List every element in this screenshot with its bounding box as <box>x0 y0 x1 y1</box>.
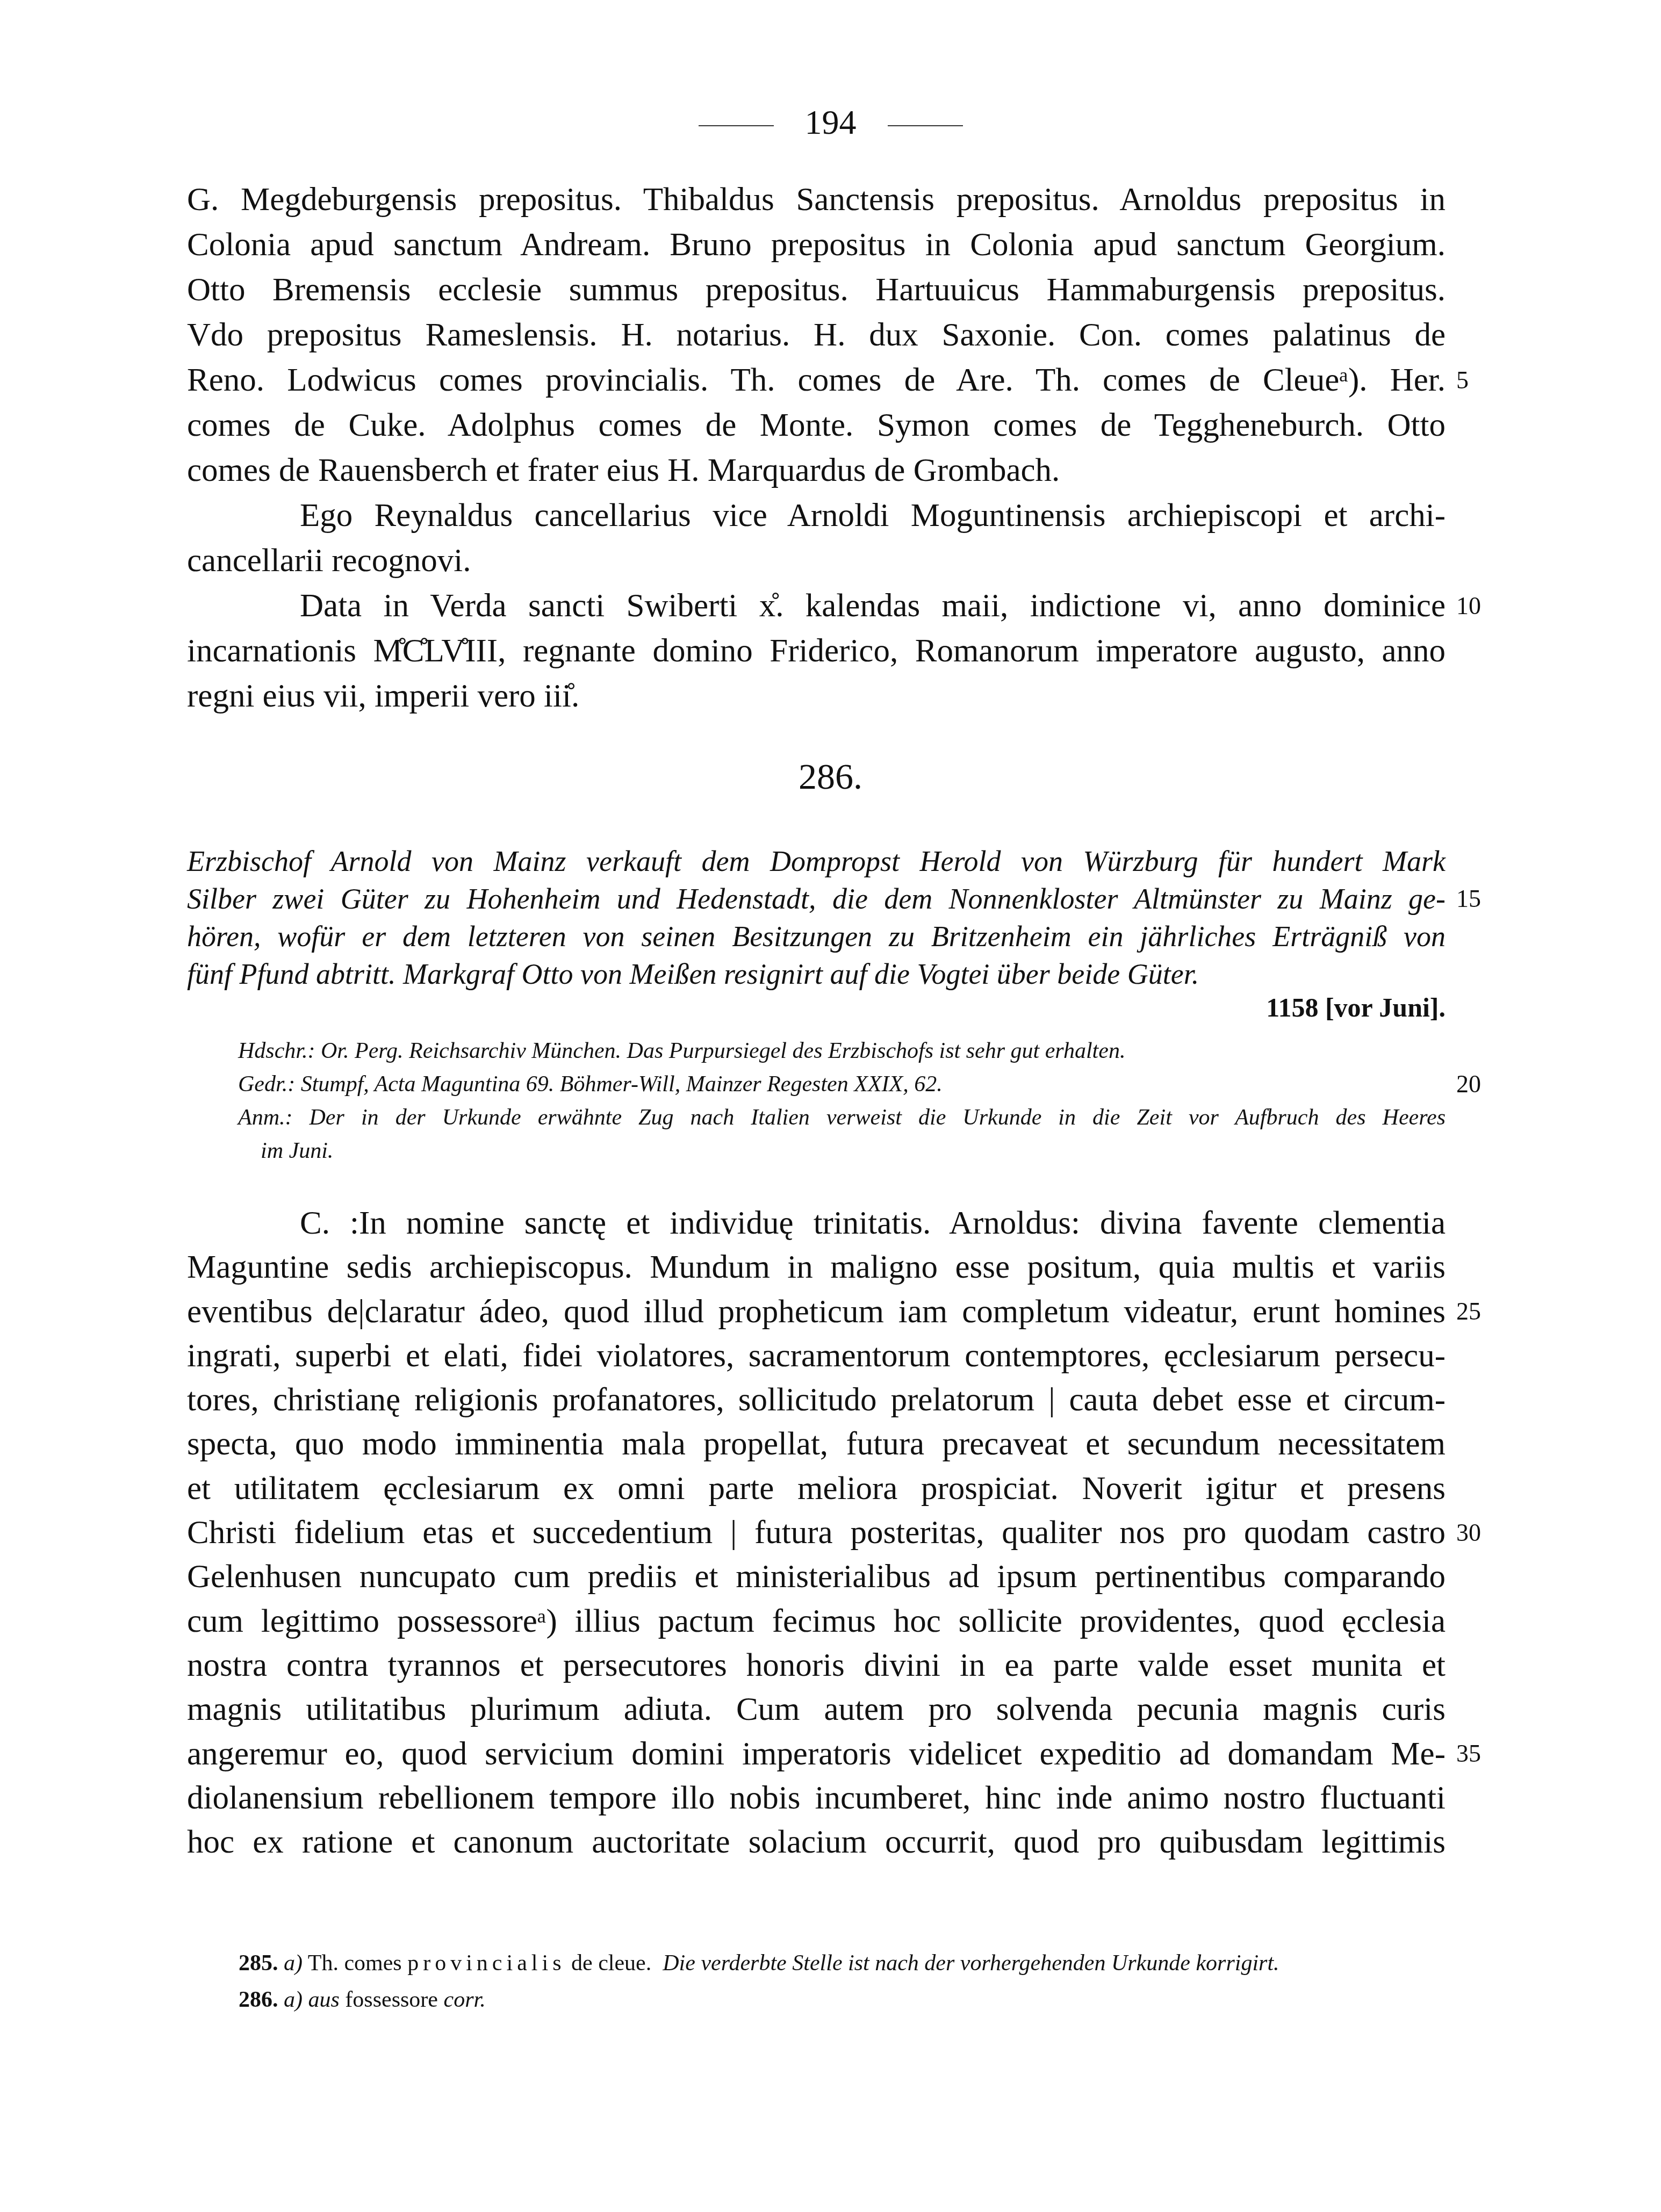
text-line: angeremur eo, quod servicium domini impe… <box>187 1732 1446 1776</box>
running-head: 194 <box>0 101 1661 144</box>
text-line: Reno. Lodwicus comes provincialis. Th. c… <box>187 358 1446 403</box>
apparatus-note-cont: im Juni. <box>238 1134 1446 1168</box>
text-line: cancellarii recognovi. <box>187 538 1446 583</box>
text-line: tores, christianę religionis profanatore… <box>187 1378 1446 1422</box>
dating-line: incarnationis M̊C̊LV̊III, regnante domin… <box>187 629 1446 674</box>
document-date: 1158 [vor Juni]. <box>1266 989 1446 1026</box>
regest-line: Silber zwei Güter zu Hohenheim und Heden… <box>187 880 1446 918</box>
text-line: Gelenhusen nuncupato cum prediis et mini… <box>187 1555 1446 1599</box>
text-line: specta, quo modo imminentia mala propell… <box>187 1422 1446 1466</box>
text-line: hoc ex ratione et canonum auctoritate so… <box>187 1820 1446 1864</box>
dating-line: Data in Verda sancti Swiberti x̊. kalend… <box>187 583 1446 629</box>
text-line: G. Megdeburgensis prepositus. Thibaldus … <box>187 177 1446 222</box>
text-line: Christi fidelium etas et succedentium | … <box>187 1511 1446 1555</box>
text-line: Maguntine sedis archiepiscopus. Mundum i… <box>187 1245 1446 1289</box>
text-line: cum legittimo possessoreᵃ) illius pactum… <box>187 1599 1446 1644</box>
apparatus-note: Anm.: Der in der Urkunde erwähnte Zug na… <box>238 1101 1446 1134</box>
regest: Erzbischof Arnold von Mainz verkauft dem… <box>187 842 1446 993</box>
dating-line: regni eius vii, imperii vero iii̊. <box>187 674 1446 719</box>
text-line: Colonia apud sanctum Andream. Bruno prep… <box>187 222 1446 268</box>
text-line: et utilitatem ęcclesiarum ex omni parte … <box>187 1467 1446 1511</box>
text-line: C. :In nomine sanctę et individuę trinit… <box>187 1201 1446 1245</box>
line-number: 25 <box>1456 1289 1481 1334</box>
footnote-note: corr. <box>444 1987 486 2012</box>
critical-apparatus: Hdschr.: Or. Perg. Reichsarchiv München.… <box>238 1034 1446 1168</box>
line-number: 5 <box>1456 358 1469 403</box>
line-number: 30 <box>1456 1511 1481 1555</box>
line-number: 15 <box>1456 880 1481 918</box>
footnote-number: 285. <box>239 1951 278 1976</box>
text-line: magnis utilitatibus plurimum adiuta. Cum… <box>187 1688 1446 1732</box>
text-line: Vdo prepositus Rameslensis. H. notarius.… <box>187 313 1446 358</box>
doc285-witness-list: G. Megdeburgensis prepositus. Thibaldus … <box>187 177 1446 719</box>
apparatus-manuscript: Hdschr.: Or. Perg. Reichsarchiv München.… <box>238 1034 1446 1068</box>
footnote-text: Th. comes <box>308 1951 402 1976</box>
line-number: 10 <box>1456 583 1481 629</box>
text-line: nostra contra tyrannos et persecutores h… <box>187 1644 1446 1688</box>
charter-text: C. :In nomine sanctę et individuę trinit… <box>187 1201 1446 1864</box>
header-rule-right <box>888 125 963 126</box>
page-number: 194 <box>805 103 857 141</box>
text-line: Otto Bremensis ecclesie summus prepositu… <box>187 268 1446 313</box>
apparatus-printed: Gedr.: Stumpf, Acta Maguntina 69. Böhmer… <box>238 1068 1446 1101</box>
footnote-text: de cleue. <box>571 1951 651 1976</box>
line-number: 35 <box>1456 1732 1481 1776</box>
text-line: eventibus de|claratur ádeo, quod illud p… <box>187 1290 1446 1334</box>
text-line: comes de Rauensberch et frater eius H. M… <box>187 448 1446 493</box>
text-line: comes de Cuke. Adolphus comes de Monte. … <box>187 403 1446 448</box>
footnote-text: fossessore <box>345 1987 438 2012</box>
regest-line: hören, wofür er dem letzteren von seinen… <box>187 918 1446 955</box>
line-number: 20 <box>1456 1068 1481 1101</box>
footnote-mark: a) <box>284 1951 303 1976</box>
header-rule-left <box>699 125 774 126</box>
footnote-note: Die verderbte Stelle ist nach der vorher… <box>663 1951 1279 1976</box>
document-number-heading: 286. <box>0 752 1661 801</box>
footnote-text: aus <box>308 1987 340 2012</box>
footnote-number: 286. <box>239 1987 278 2012</box>
footnote-286: 286. a) aus fossessore corr. <box>239 1982 486 2018</box>
regest-line: fünf Pfund abtritt. Markgraf Otto von Me… <box>187 955 1446 993</box>
footnote-285: 285. a) Th. comes provincialis de cleue.… <box>239 1945 1279 1982</box>
text-line: Ego Reynaldus cancellarius vice Arnoldi … <box>187 493 1446 538</box>
text-line: diolanensium rebellionem tempore illo no… <box>187 1776 1446 1820</box>
regest-line: Erzbischof Arnold von Mainz verkauft dem… <box>187 842 1446 880</box>
footnote-spaced-word: provincialis <box>407 1951 565 1976</box>
footnote-mark: a) <box>284 1987 303 2012</box>
text-line: ingrati, superbi et elati, fidei violato… <box>187 1334 1446 1378</box>
